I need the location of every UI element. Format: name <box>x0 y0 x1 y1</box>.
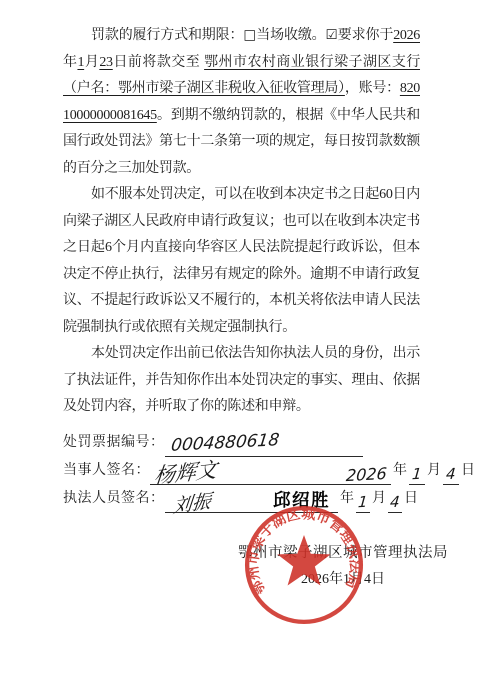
officer-signature-handwritten: 刘振 <box>172 492 212 517</box>
party-signature-row: 当事人签名： 杨辉文 2026 年 1 月 4 日 <box>63 457 477 485</box>
paragraph-appeal-rights: 如不服本处罚决定，可以在收到本决定书之日起60日内向梁子湖区人民政府申请行政复议… <box>63 182 420 341</box>
officer-signature-row: 执法人员签名： 刘振 邱绍胜 年 1 月 4 日 <box>63 485 420 513</box>
receipt-number-blank: 0004880618 <box>165 431 363 457</box>
party-signature-handwritten: 杨辉文 <box>153 459 218 487</box>
receipt-number-row: 处罚票据编号： 0004880618 <box>63 429 420 457</box>
receipt-number-handwritten: 0004880618 <box>170 432 280 455</box>
month-unit: 月 <box>84 55 99 70</box>
payment-lead-text: 罚款的履行方式和期限： <box>91 28 243 43</box>
require-lead-text: 要求你于 <box>338 28 394 43</box>
officer-day-handwritten: 4 <box>390 494 401 510</box>
party-month-handwritten: 1 <box>412 466 423 482</box>
penalty-decision-document: 罚款的履行方式和期限：□当场收缴。☑要求你于2026年1月23日前将款交至 鄂州… <box>0 0 479 679</box>
party-day-handwritten: 4 <box>446 466 457 482</box>
officer-day-unit: 日 <box>402 485 420 513</box>
party-month-blank: 1 <box>409 459 425 485</box>
paragraph-payment-terms: 罚款的履行方式和期限：□当场收缴。☑要求你于2026年1月23日前将款交至 鄂州… <box>63 22 420 182</box>
year-unit: 年 <box>63 55 77 70</box>
party-year-unit: 年 <box>391 457 409 485</box>
officer-signature-blank: 刘振 邱绍胜 <box>165 487 339 513</box>
option-onsite-text: 当场收缴。 <box>256 28 325 43</box>
checkbox-checked-icon: ☑ <box>326 27 338 43</box>
officer-signature-label: 执法人员签名： <box>63 485 165 513</box>
party-day-unit: 日 <box>459 457 477 485</box>
officer-day-blank: 4 <box>388 487 402 513</box>
signature-form: 处罚票据编号： 0004880618 当事人签名： 杨辉文 2026 年 1 月… <box>63 429 420 513</box>
officer-month-handwritten: 1 <box>358 494 369 510</box>
paragraph-prior-notice: 本处罚决定作出前已依法告知你执法人员的身份，出示了执法证件，并告知你作出本处罚决… <box>63 341 420 421</box>
agency-name: 鄂州市梁子湖区城市管理执法局 <box>211 543 475 563</box>
officer-year-unit: 年 <box>338 485 356 513</box>
party-year-handwritten: 2026 <box>346 465 388 483</box>
receipt-number-label: 处罚票据编号： <box>63 429 165 457</box>
officer-month-blank: 1 <box>356 487 370 513</box>
pay-to-text: 日前将款交至 <box>113 55 204 70</box>
party-signature-label: 当事人签名： <box>63 457 150 485</box>
party-signature-blank: 杨辉文 2026 <box>150 459 391 485</box>
party-day-blank: 4 <box>443 459 459 485</box>
issuing-agency-block: 鄂州市梁子湖区城市管理执法局 2026年1月4日 <box>211 543 475 589</box>
deadline-year: 2026 <box>393 28 420 43</box>
party-month-unit: 月 <box>425 457 443 485</box>
checkbox-unchecked-icon: □ <box>243 27 256 43</box>
officer-name-stamp: 邱绍胜 <box>273 493 330 511</box>
document-body: 罚款的履行方式和期限：□当场收缴。☑要求你于2026年1月23日前将款交至 鄂州… <box>63 22 420 589</box>
account-label: ，账号： <box>345 81 400 96</box>
deadline-day: 23 <box>99 55 112 70</box>
issue-date: 2026年1月4日 <box>211 571 475 589</box>
officer-month-unit: 月 <box>370 485 388 513</box>
